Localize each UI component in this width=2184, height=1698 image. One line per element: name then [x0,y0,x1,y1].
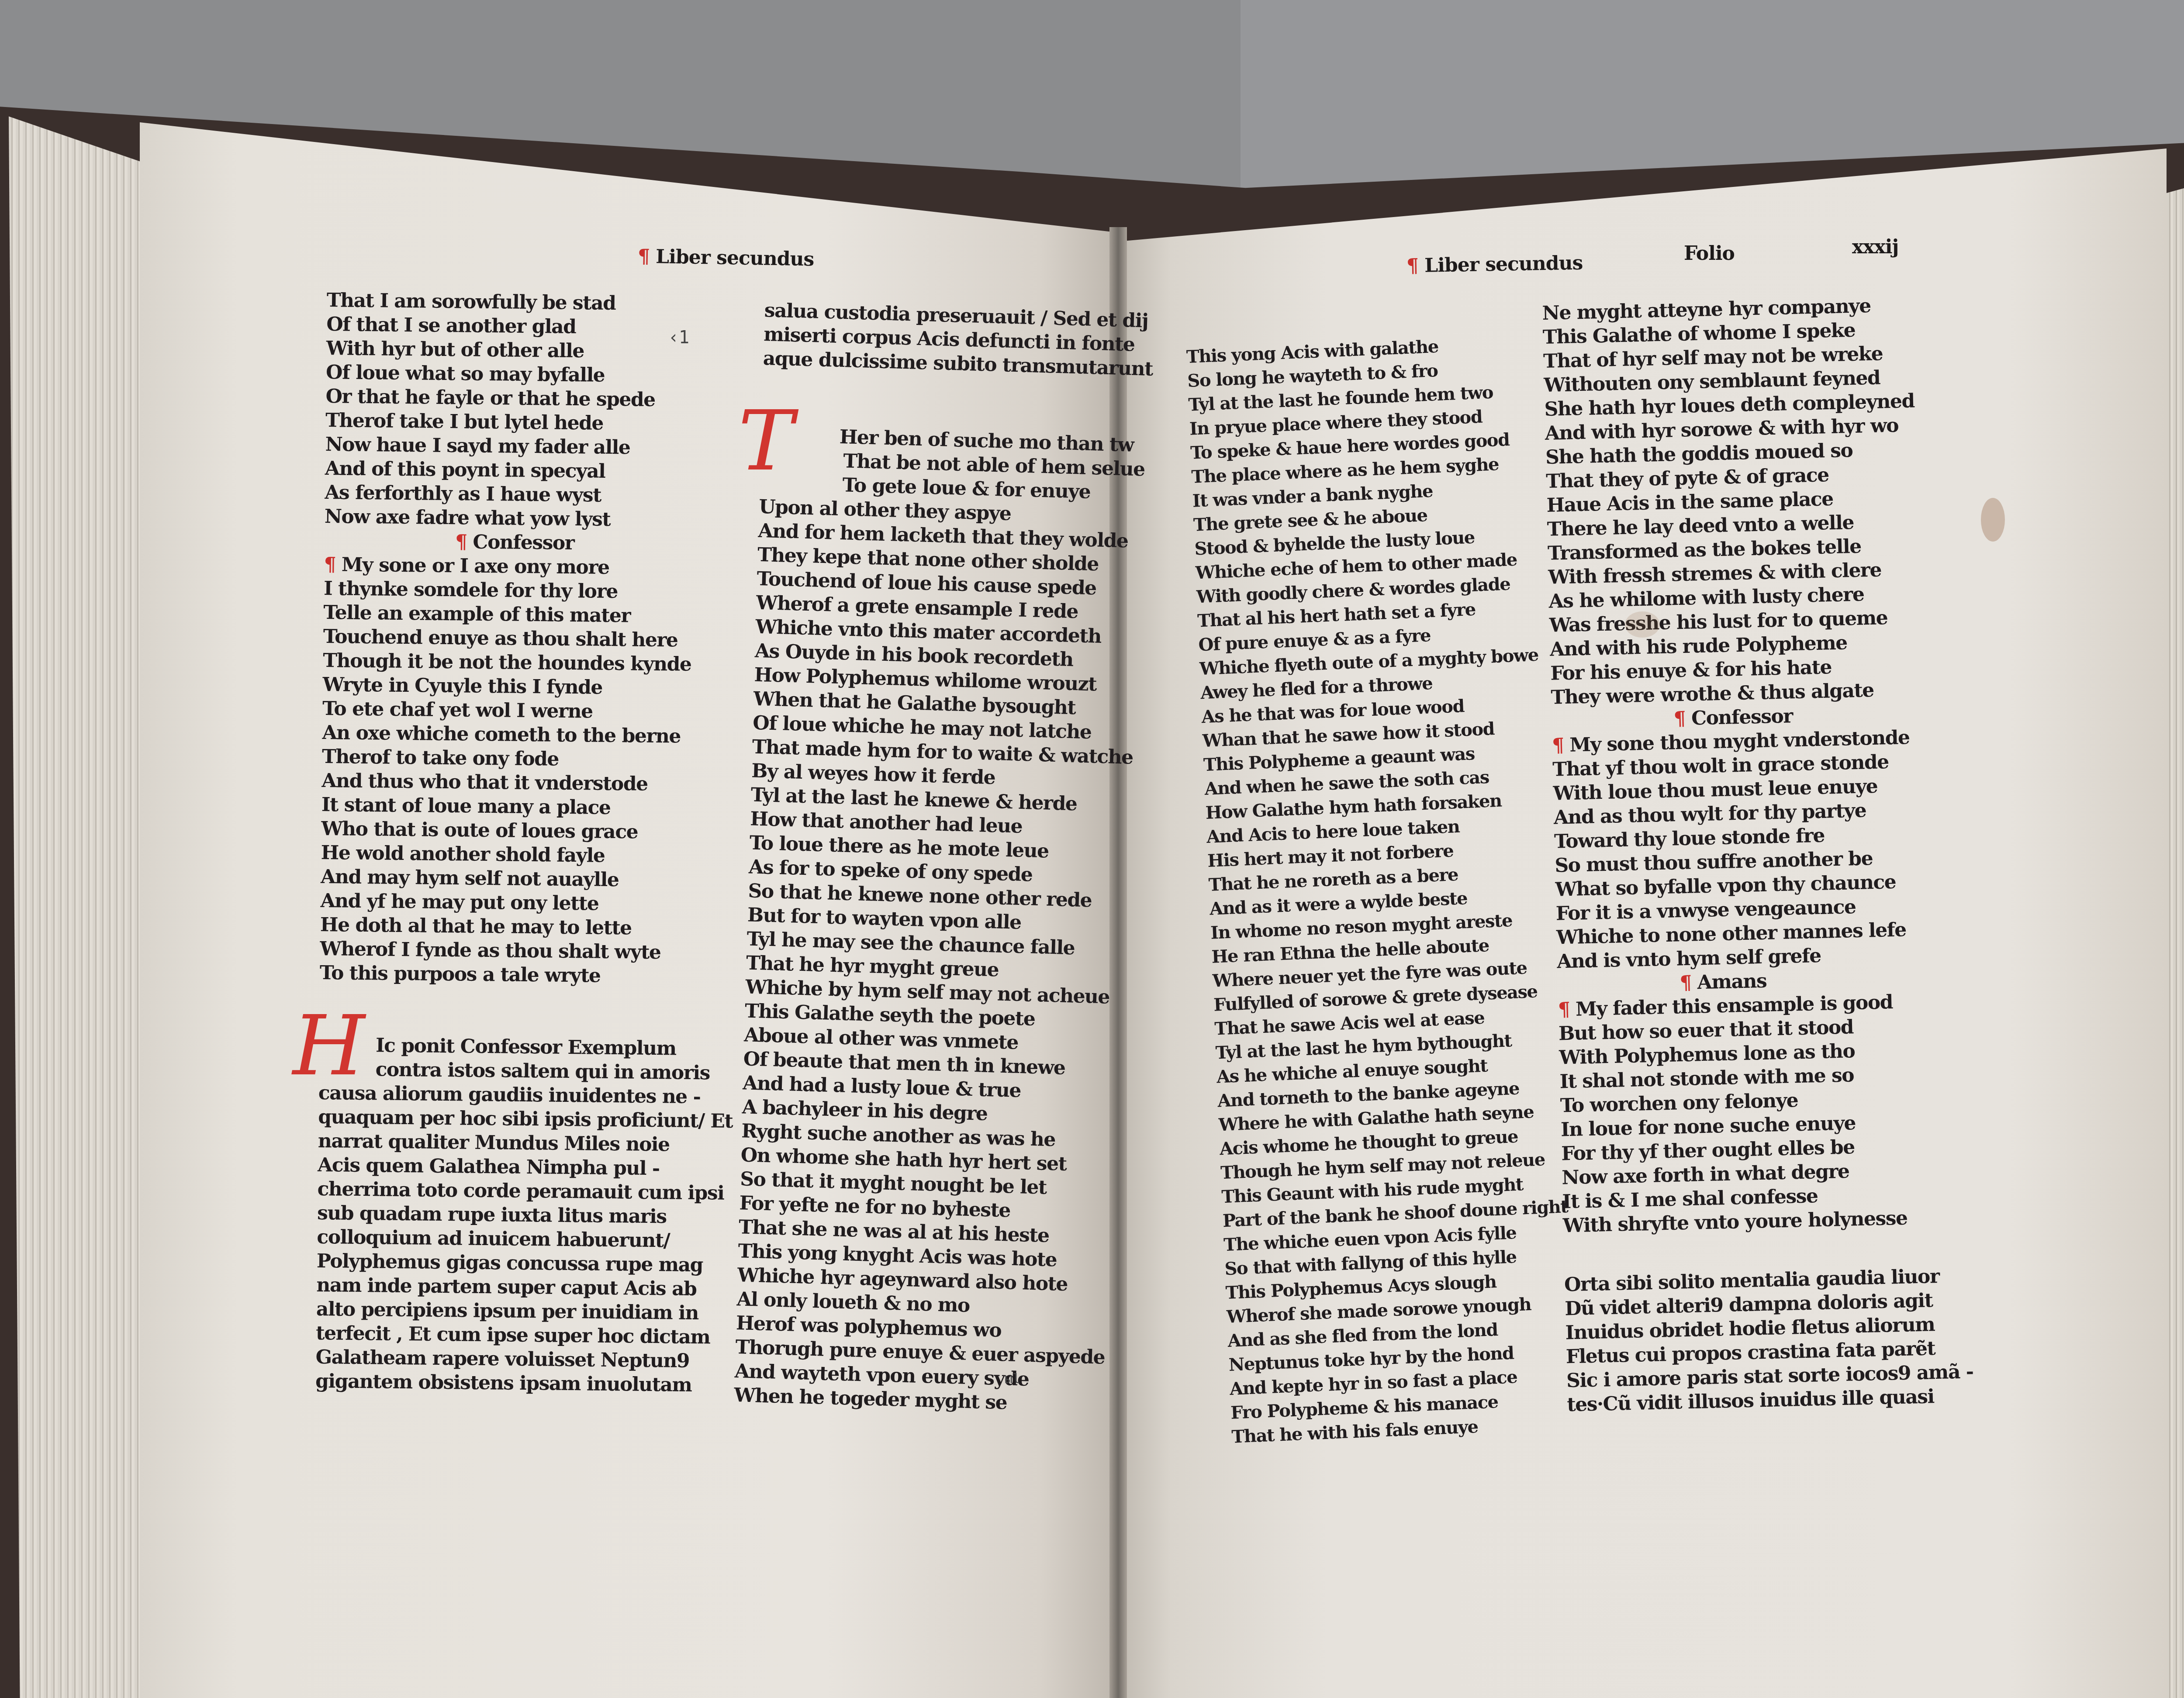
text-line: Touchend enuye as thou shalt here [323,625,738,653]
latin-gloss-line: causa aliorum gaudiis inuidentes ne - [318,1081,733,1109]
speaker-label: Amans [1697,970,1767,994]
pilcrow-icon: ¶ [638,245,650,267]
text-line: Now haue I sayd my fader alle [325,432,740,461]
right-page-column-1: This yong Acis with galatheSo long he wa… [1186,331,1577,1449]
pilcrow-icon: ¶ [1673,707,1691,730]
paper-stain [1981,498,2005,542]
latin-gloss-line: Galatheam rapere voluisset Neptun9 [315,1345,730,1374]
text-line: Who that is oute of loues grace [321,817,736,845]
spacer [319,985,734,1037]
signature-mark: ыl [1005,1371,1020,1387]
running-head-title: Liber secundus [656,245,814,270]
text-line: Now axe fadre what yow lyst [325,504,739,533]
right-page-column-2: Ne myght atteyne hyr companyeThis Galath… [1542,292,1974,1417]
latin-gloss-line: cherrima toto corde peramauit cum ipsi [317,1177,732,1205]
paper-stain [1625,611,1660,638]
latin-gloss-line: alto percipiens ipsum per inuidiam in [316,1297,731,1325]
text-line: That I am sorowfully be stad [327,288,741,317]
pilcrow-icon: ¶ [1406,255,1419,277]
text-line: Or that he fayle or that he spede [325,384,740,413]
left-page-column-1: That I am sorowfully be stadOf that I se… [315,288,741,1398]
latin-gloss: Ic ponit Confessor Exemplumcontra istos … [315,1033,734,1398]
pilcrow-icon: ¶ [1679,971,1697,994]
text-line: ¶ My sone or I axe ony more [324,552,738,581]
latin-gloss-line: Polyphemus gigas concussa rupe mag [317,1249,731,1277]
text-line: To this purpoos a tale wryte [320,961,734,989]
pilcrow-icon: ¶ [455,531,473,553]
text-line: I thynke somdele for thy lore [324,576,738,605]
pilcrow-icon: ¶ [1558,998,1576,1021]
pilcrow-icon: ¶ [324,553,342,576]
text-line: Though it be not the houndes kynde [323,649,737,677]
speaker-label: Confessor [1691,705,1793,729]
text-line: And thus who that it vnderstode [321,769,736,797]
text-line-content: My sone or I axe ony more [342,553,609,578]
running-head-title: Liber secundus [1424,252,1583,276]
speaker-label: Confessor [473,531,574,554]
latin-gloss-line: colloquium ad inuicem habuerunt/ [317,1225,731,1253]
text-line: He wold another shold fayle [321,841,735,869]
latin-gloss-line: Ic ponit Confessor Exemplum [319,1033,733,1061]
folio-label: Folio [1684,242,1735,265]
text-line: He doth al that he may to lette [320,913,735,941]
latin-gloss-line: quaquam per hoc sibi ipsis proficiunt/ E… [318,1105,733,1133]
folio-number: xxxij [1852,236,1898,258]
text-line: An oxe whiche cometh to the berne [322,721,736,749]
text-line: It stant of loue many a place [321,793,736,821]
text-line: And may hym self not auaylle [321,865,735,893]
right-running-head: ¶ Liber secundus [1406,252,1583,277]
latin-gloss-line: contra istos saltem qui in amoris [318,1057,733,1085]
left-running-head: ¶ Liber secundus [638,245,814,270]
latin-gloss-line: sub quadam rupe iuxta litus maris [317,1201,732,1229]
red-initial-H: H [293,1004,365,1087]
text-line: Telle an example of this mater [323,601,738,629]
marginal-mark: ‹1 [668,328,689,348]
speaker-heading: ¶ Confessor [324,528,739,557]
latin-gloss-line: terfecit , Et cum ipse super hoc dictam [316,1321,730,1349]
text-line: And of this poynt in specyal [325,456,740,485]
latin-gloss-line: gigantem obsistens ipsam inuolutam [315,1369,730,1398]
latin-gloss-line: narrat qualiter Mundus Miles noie [318,1129,733,1157]
text-line: Wryte in Cyuyle this I fynde [322,673,737,701]
text-line: Of loue what so may byfalle [326,360,740,389]
left-page-column-2: salua custodia preseruauit / Sed et dijm… [734,298,1154,1418]
text-line: Therof to take ony fode [322,745,736,773]
latin-gloss-line: Acis quem Galathea Nimpha pul - [318,1153,732,1181]
text-line: Wherof I fynde as thou shalt wyte [320,937,734,965]
text-line: Therof take I but lytel hede [325,408,740,437]
pilcrow-icon: ¶ [1552,734,1570,757]
text-line: To ete chaf yet wol I werne [322,697,737,725]
latin-gloss-line: nam inde partem super caput Acis ab [316,1273,731,1301]
red-initial-T: T [738,400,794,483]
text-line: As ferforthly as I haue wyst [325,480,739,509]
page-edges-left [9,100,149,1698]
text-line: And yf he may put ony lette [320,889,735,917]
